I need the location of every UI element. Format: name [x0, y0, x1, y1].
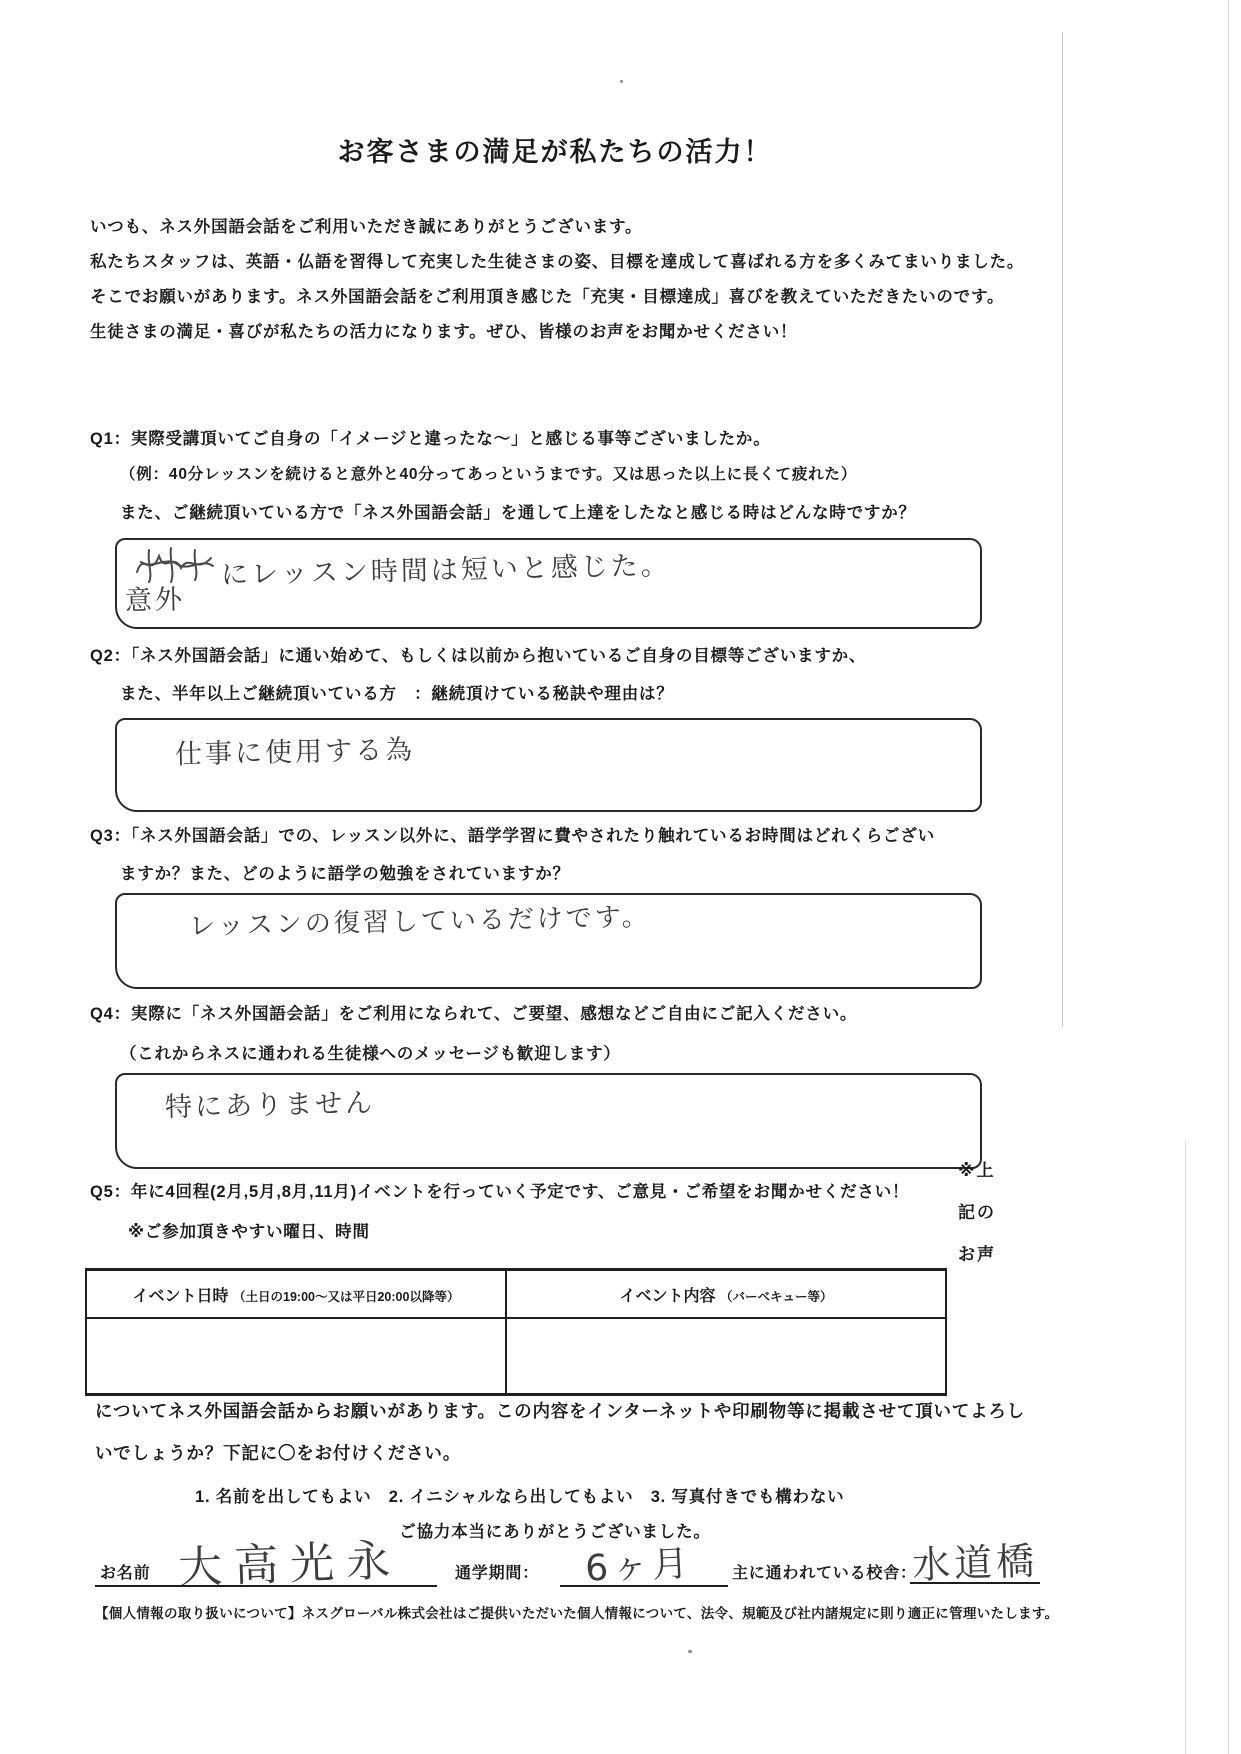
intro-paragraph: いつも、ネス外国語会話をご利用いただき誠にありがとうございます。 私たちスタッフ…	[90, 210, 1024, 350]
event-content-header-label: イベント内容	[620, 1288, 716, 1305]
intro-line: 生徒さまの満足・喜びが私たちの活力になります。ぜひ、皆様のお声をお聞かせください…	[90, 315, 1024, 350]
q2-answer-box: 仕事に使用する為	[115, 718, 982, 812]
scanned-questionnaire-page: お客さまの満足が私たちの活力！ いつも、ネス外国語会話をご利用いただき誠にありが…	[0, 0, 1241, 1754]
q3-answer-box: レッスンの復習しているだけです。	[115, 893, 982, 989]
q2-handwritten-answer: 仕事に使用する為	[175, 727, 416, 771]
event-content-cell	[506, 1318, 946, 1395]
event-date-header-note: （土日の19:00～又は平日20:00以降等）	[233, 1290, 459, 1304]
q1-answer-box: 意外 にレッスン時間は短いと感じた。	[115, 538, 982, 629]
consent-line2: いでしょうか？下記に〇をお付けください。	[95, 1440, 461, 1465]
school-field-underline	[910, 1582, 1040, 1584]
side-note-line: お声	[958, 1234, 996, 1276]
event-date-cell	[86, 1318, 506, 1395]
event-date-header-label: イベント日時	[133, 1288, 229, 1305]
period-handwritten-value: 6ヶ月	[584, 1535, 693, 1592]
name-field-underline	[95, 1585, 437, 1587]
consent-options: 1. 名前を出してもよい 2. イニシャルなら出してもよい 3. 写真付きでも構…	[195, 1483, 844, 1507]
q1-example: （例：40分レッスンを続けると意外と40分ってあっというまです。又は思った以上に…	[120, 462, 857, 484]
q4-heading: Q4：実際に「ネス外国語会話」をご利用になられて、ご要望、感想などご自由にご記入…	[90, 1000, 857, 1024]
q2-heading: Q2：「ネス外国語会話」に通い始めて、もしくは以前から抱いているご自身の目標等ご…	[90, 642, 866, 666]
scan-speck	[688, 1650, 692, 1653]
school-field-label: 主に通われている校舎：	[732, 1560, 917, 1583]
side-note: ※上 記の お声	[958, 1150, 996, 1276]
q3-heading-line1: Q3：「ネス外国語会話」での、レッスン以外に、語学学習に費やされたり触れているお…	[90, 822, 935, 846]
period-field-underline	[560, 1585, 728, 1587]
event-table-row	[86, 1318, 946, 1395]
period-field-label: 通学期間：	[455, 1560, 539, 1583]
q1-subquestion: また、ご継続頂いている方で「ネス外国語会話」を通して上達をしたなと感じる時はどん…	[120, 499, 916, 523]
side-note-line: 記の	[958, 1192, 996, 1234]
event-content-header-note: （バーベキュー等）	[720, 1290, 833, 1304]
q4-subnote: （これからネスに通われる生徒様へのメッセージも歓迎します）	[120, 1040, 621, 1064]
q1-handwritten-answer: にレッスン時間は短いと感じた。	[221, 543, 671, 591]
privacy-note: 【個人情報の取り扱いについて】ネスグローバル株式会社はご提供いただいた個人情報に…	[95, 1602, 1058, 1622]
school-handwritten-value: 水道橋	[911, 1530, 1039, 1589]
scan-speck	[620, 80, 623, 83]
intro-line: 私たちスタッフは、英語・仏語を習得して充実した生徒さまの姿、目標を達成して喜ばれ…	[90, 245, 1024, 280]
intro-line: いつも、ネス外国語会話をご利用いただき誠にありがとうございます。	[90, 210, 1024, 245]
q2-subquestion: また、半年以上ご継続頂いている方 ：継続頂けている秘訣や理由は？	[120, 680, 674, 704]
q1-handwritten-correction: 意外	[125, 577, 186, 617]
scan-artifact-line	[1228, 0, 1229, 1754]
event-table: イベント日時 （土日の19:00～又は平日20:00以降等） イベント内容 （バ…	[85, 1268, 945, 1396]
scan-artifact-line	[1185, 1140, 1186, 1754]
name-field-label: お名前	[100, 1560, 150, 1583]
q3-heading-line2: ますか？また、どのように語学の勉強をされていますか？	[120, 860, 570, 884]
q4-answer-box: 特にありません	[115, 1073, 982, 1169]
intro-line: そこでお願いがあります。ネス外国語会話をご利用頂き感じた「充実・目標達成」喜びを…	[90, 280, 1024, 315]
q3-handwritten-answer: レッスンの復習しているだけです。	[189, 896, 651, 943]
event-table-header-date: イベント日時 （土日の19:00～又は平日20:00以降等）	[86, 1270, 506, 1319]
q4-handwritten-answer: 特にありません	[165, 1081, 376, 1124]
consent-line1: についてネス外国語会話からお願いがあります。この内容をインターネットや印刷物等に…	[95, 1398, 1025, 1423]
q1-heading: Q1：実際受講頂いてご自身の「イメージと違ったな～」と感じる事等ございましたか。	[90, 425, 771, 449]
q5-heading: Q5：年に4回程(2月,5月,8月,11月)イベントを行っていく予定です、ご意見…	[90, 1178, 909, 1202]
page-title: お客さまの満足が私たちの活力！	[90, 130, 1020, 169]
q5-subnote: ※ご参加頂きやすい曜日、時間	[128, 1218, 370, 1242]
scan-artifact-line	[1062, 32, 1063, 1027]
event-table-header-content: イベント内容 （バーベキュー等）	[506, 1270, 946, 1319]
side-note-line: ※上	[958, 1150, 996, 1192]
